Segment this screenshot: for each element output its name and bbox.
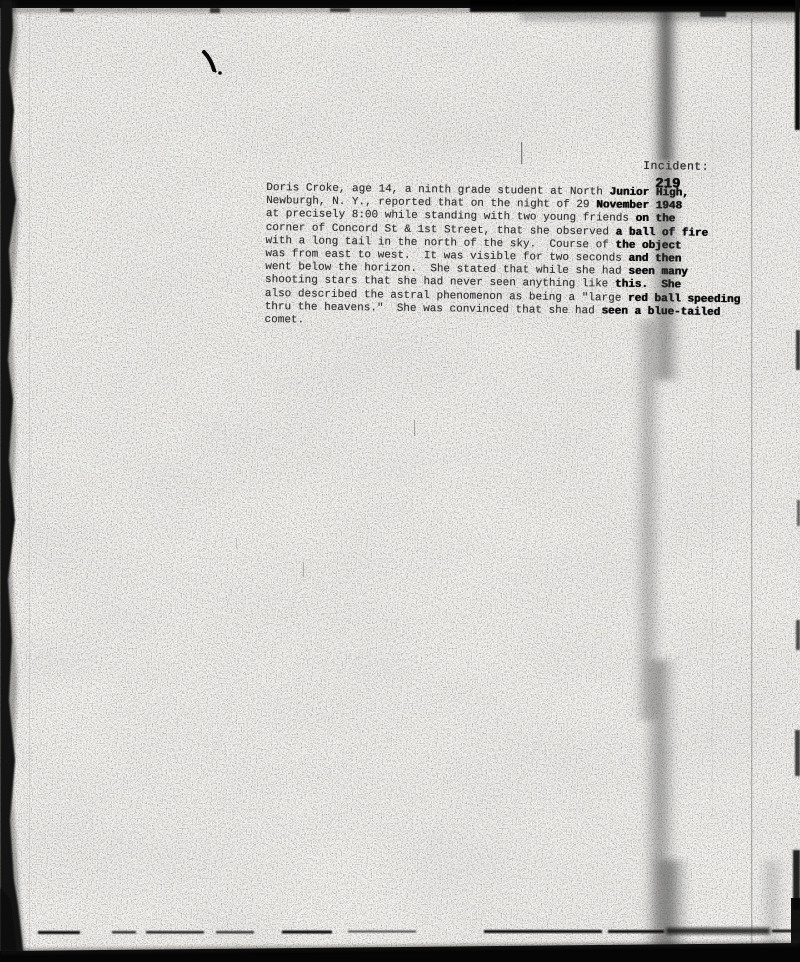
top-edge — [0, 0, 800, 21]
incident-label: Incident: — [643, 160, 709, 174]
pen-checkmark — [204, 52, 222, 75]
bottom-edge — [0, 888, 800, 962]
right-edge — [791, 0, 800, 962]
bottom-dashed-line — [38, 928, 800, 934]
typed-paragraph: Doris Croke, age 14, a ninth grade stude… — [264, 182, 766, 334]
incident-header: Incident: 219 — [586, 137, 767, 154]
typed-content: Incident: 219 Doris Croke, age 14, a nin… — [264, 133, 766, 334]
left-edge — [0, 0, 26, 962]
scanned-document-page: Incident: 219 Doris Croke, age 14, a nin… — [0, 0, 800, 962]
bottom-left-corner-wedge — [0, 888, 16, 951]
